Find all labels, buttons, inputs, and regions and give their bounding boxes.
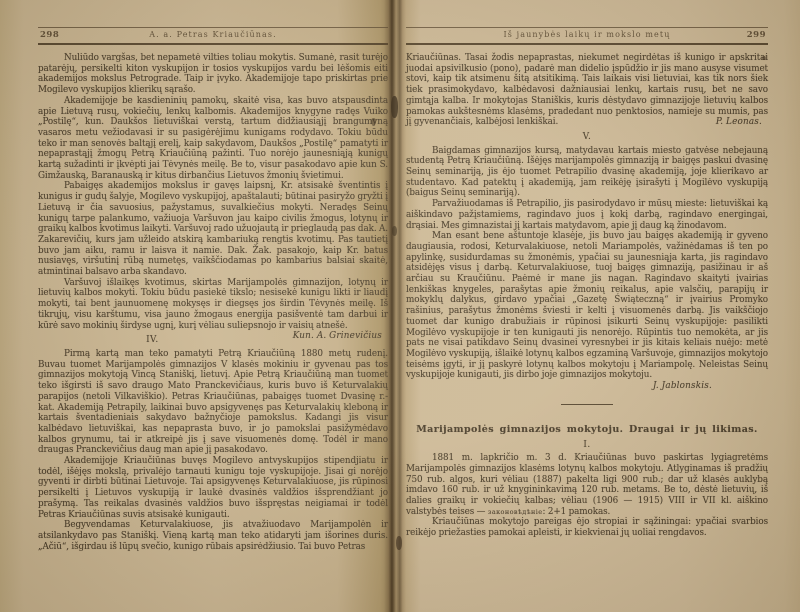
page-right: Iš jaunybės laikų ir mokslo metų 299 Kri…: [392, 0, 800, 612]
paragraph: Pabaigęs akademijos mokslus ir gavęs lai…: [38, 181, 388, 277]
page-header-left: 298 A. a. Petras Kriaučiūnas.: [38, 27, 388, 45]
divider-rule: [561, 404, 613, 405]
paragraph: Akademijoje Kriaučiūnas buvęs Mogilevo a…: [38, 456, 388, 520]
paragraph-text: Pabaigęs akademijos mokslus ir gavęs lai…: [38, 181, 388, 277]
paragraph: Nuliūdo vargšas, bet nepametė vilties to…: [38, 53, 388, 96]
paragraph: Baigdamas gimnazijos kursą, matydavau ka…: [406, 146, 768, 200]
paragraph: Kriaučiūnas mokytojo pareigas ėjo stropi…: [406, 517, 768, 538]
paragraph: Akademijoje be kasdieninių pamokų, skait…: [38, 96, 388, 182]
paragraph-text: Begyvendamas Keturvalakiuose, jis atvaži…: [38, 520, 388, 551]
running-title: Iš jaunybės laikų ir mokslo metų: [448, 30, 726, 39]
page-body-right: Kriaučiūnas. Tasai žodis nepaprastas, ni…: [406, 53, 768, 539]
signature: P. Leonas.: [716, 117, 762, 128]
paragraph-text: Akademijoje be kasdieninių pamokų, skait…: [38, 96, 388, 181]
small-print-term: законовѣдѣніе: [488, 508, 543, 516]
page-left: 298 A. a. Petras Kriaučiūnas. Nuliūdo va…: [0, 0, 392, 612]
paragraph-text: Varšuvoj išlaikęs kvotimus, skirtas Mari…: [38, 278, 388, 331]
paragraph: Kriaučiūnas. Tasai žodis nepaprastas, ni…: [406, 53, 768, 128]
signature: J. Jablonskis.: [406, 381, 768, 392]
paragraph: Begyvendamas Keturvalakiuose, jis atvaži…: [38, 520, 388, 552]
paragraph-text: Nuliūdo vargšas, bet nepametė vilties to…: [38, 53, 388, 95]
page-number: 299: [726, 30, 766, 40]
section-heading: I.: [406, 440, 768, 451]
section-heading: V.: [406, 132, 768, 143]
paragraph-text: Kriaučiūnas mokytojo pareigas ėjo stropi…: [406, 517, 768, 538]
paragraph: Parvažiuodamas iš Petrapilio, jis pasiro…: [406, 199, 768, 231]
paragraph: Varšuvoj išlaikęs kvotimus, skirtas Mari…: [38, 278, 388, 332]
chapter-title: Marijampolės gimnazijos mokytoju. Drauga…: [406, 425, 768, 436]
running-title: A. a. Petras Kriaučiūnas.: [80, 30, 346, 39]
paragraph: 1881 m. lapkričio m. 3 d. Kriaučiūnas bu…: [406, 453, 768, 517]
page-body-left: Nuliūdo vargšas, bet nepametė vilties to…: [38, 53, 388, 552]
paragraph-text: Parvažiuodamas iš Petrapilio, jis pasiro…: [406, 199, 768, 230]
signature: Kun. A. Grinevičius: [267, 331, 382, 342]
paragraph: Pirmą kartą man teko pamatyti Petrą Kria…: [38, 349, 388, 456]
paragraph-text: Kriaučiūnas. Tasai žodis nepaprastas, ni…: [406, 53, 768, 127]
paragraph: Man esant bene aštuntoje klasėje, jis bu…: [406, 231, 768, 381]
page-number: 298: [40, 30, 80, 40]
paragraph-text: Akademijoje Kriaučiūnas buvęs Mogilevo a…: [38, 456, 388, 520]
paragraph-text: Pirmą kartą man teko pamatyti Petrą Kria…: [38, 349, 388, 455]
paragraph-text: Man esant bene aštuntoje klasėje, jis bu…: [406, 231, 768, 380]
book-spread: 298 A. a. Petras Kriaučiūnas. Nuliūdo va…: [0, 0, 800, 612]
paragraph-text: : 2+1 pamokas.: [542, 507, 610, 517]
page-header-right: Iš jaunybės laikų ir mokslo metų 299: [406, 27, 768, 45]
paragraph-text: Baigdamas gimnazijos kursą, matydavau ka…: [406, 146, 768, 199]
